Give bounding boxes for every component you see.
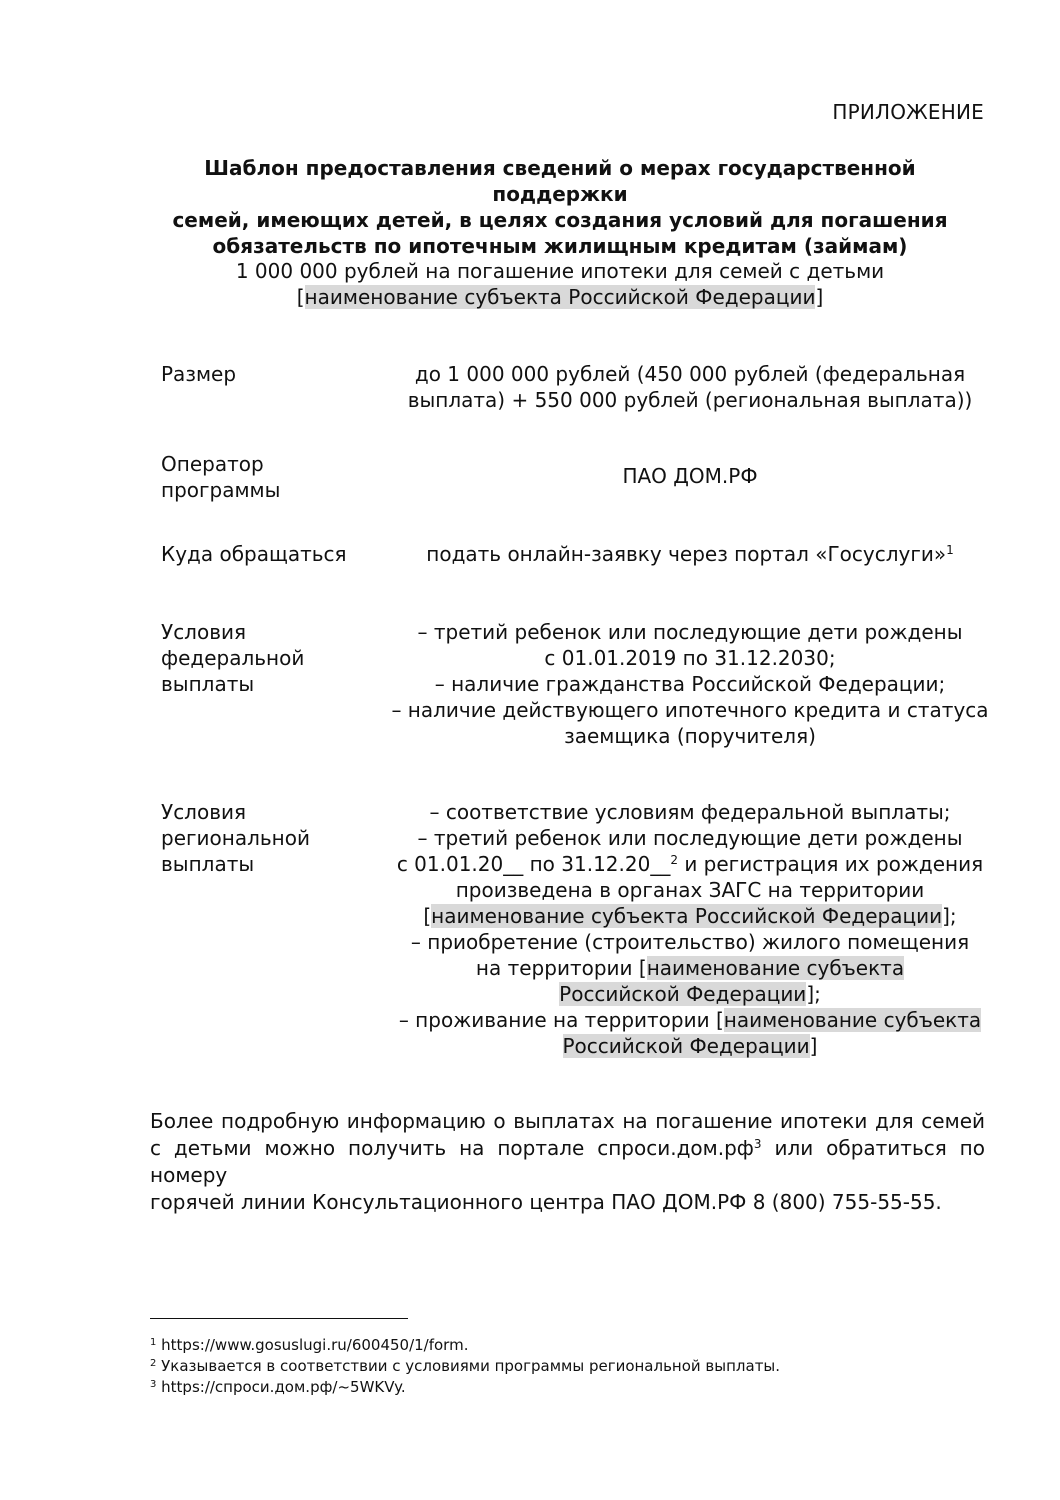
operator-label: Оператор программы	[161, 451, 381, 503]
paragraph-line: горячей линии Консультационного центра П…	[150, 1189, 985, 1216]
federal-label-line: выплаты	[161, 671, 381, 697]
size-label: Размер	[161, 361, 381, 387]
footnote: 1 https://www.gosuslugi.ru/600450/1/form…	[150, 1335, 780, 1356]
regional-dates: с 01.01.20__ по 31.12.20__	[397, 852, 671, 876]
regional-label-line: региональной	[161, 825, 381, 851]
operator-label-line: Оператор	[161, 451, 381, 477]
size-value-line: до 1 000 000 рублей (450 000 рублей (фед…	[390, 361, 990, 387]
footnote-link[interactable]: https://спроси.дом.рф/~5WKVy.	[161, 1378, 405, 1396]
federal-condition: – третий ребенок или последующие дети ро…	[390, 619, 990, 645]
regional-condition: – проживание на территории [наименование…	[390, 1007, 990, 1033]
federal-value: – третий ребенок или последующие дети ро…	[390, 619, 990, 749]
footnote-ref[interactable]: 2	[670, 853, 678, 867]
federal-label: Условия федеральной выплаты	[161, 619, 381, 697]
regional-text: – проживание на территории [	[399, 1008, 724, 1032]
footnote-ref[interactable]: 3	[754, 1137, 762, 1151]
subtitle-line: 1 000 000 рублей на погашение ипотеки дл…	[150, 258, 970, 284]
regional-condition: – третий ребенок или последующие дети ро…	[390, 825, 990, 851]
region-placeholder: наименование субъекта Российской Федерац…	[305, 285, 816, 309]
regional-label: Условия региональной выплаты	[161, 799, 381, 877]
region-placeholder: наименование субъекта	[647, 956, 904, 980]
document-subtitle: 1 000 000 рублей на погашение ипотеки дл…	[150, 258, 970, 310]
footnote-separator	[150, 1318, 408, 1319]
more-info-paragraph: Более подробную информацию о выплатах на…	[150, 1108, 985, 1216]
federal-condition: с 01.01.2019 по 31.12.2030;	[390, 645, 990, 671]
federal-label-line: Условия	[161, 619, 381, 645]
footnote-number: 1	[150, 1337, 156, 1348]
where-label: Куда обращаться	[161, 541, 381, 567]
regional-condition: произведена в органах ЗАГС на территории	[390, 877, 990, 903]
federal-condition: – наличие гражданства Российской Федерац…	[390, 671, 990, 697]
size-value-line: выплата) + 550 000 рублей (региональная …	[390, 387, 990, 413]
appendix-label: ПРИЛОЖЕНИЕ	[832, 100, 984, 124]
regional-condition: – приобретение (строительство) жилого по…	[390, 929, 990, 955]
federal-label-line: федеральной	[161, 645, 381, 671]
regional-condition: на территории [наименование субъекта	[390, 955, 990, 981]
regional-condition: Российской Федерации]	[390, 1033, 990, 1059]
regional-label-line: выплаты	[161, 851, 381, 877]
punctuation: ]	[810, 1034, 818, 1058]
title-line: обязательств по ипотечным жилищным креди…	[150, 233, 970, 259]
footnote-ref[interactable]: 1	[946, 543, 954, 557]
operator-label-line: программы	[161, 477, 381, 503]
regional-condition: [наименование субъекта Российской Федера…	[390, 903, 990, 929]
regional-text: и регистрация их рождения	[678, 852, 983, 876]
paragraph-line: с детьми можно получить на портале спрос…	[150, 1135, 985, 1189]
size-value: до 1 000 000 рублей (450 000 рублей (фед…	[390, 361, 990, 413]
footnote-link[interactable]: https://www.gosuslugi.ru/600450/1/form.	[161, 1336, 468, 1354]
footnote-number: 3	[150, 1379, 156, 1390]
regional-value: – соответствие условиям федеральной выпл…	[390, 799, 990, 1059]
footnote: 3 https://спроси.дом.рф/~5WKVy.	[150, 1377, 780, 1398]
title-line: Шаблон предоставления сведений о мерах г…	[150, 155, 970, 207]
federal-condition: заемщика (поручителя)	[390, 723, 990, 749]
footnote-text: Указывается в соответствии с условиями п…	[161, 1357, 780, 1375]
footnote-number: 2	[150, 1358, 156, 1369]
regional-condition: Российской Федерации];	[390, 981, 990, 1007]
where-value: подать онлайн-заявку через портал «Госус…	[390, 541, 990, 567]
paragraph-text: с детьми можно получить на портале спрос…	[150, 1136, 754, 1160]
region-placeholder: Российской Федерации	[563, 1034, 810, 1058]
region-placeholder: наименование субъекта Российской Федерац…	[431, 904, 942, 928]
region-placeholder: Российской Федерации	[559, 982, 806, 1006]
federal-condition: – наличие действующего ипотечного кредит…	[390, 697, 990, 723]
subtitle-region-line: [наименование субъекта Российской Федера…	[150, 284, 970, 310]
regional-condition: – соответствие условиям федеральной выпл…	[390, 799, 990, 825]
footnote: 2 Указывается в соответствии с условиями…	[150, 1356, 780, 1377]
operator-value: ПАО ДОМ.РФ	[390, 463, 990, 489]
title-line: семей, имеющих детей, в целях создания у…	[150, 207, 970, 233]
punctuation: ];	[942, 904, 957, 928]
footnotes: 1 https://www.gosuslugi.ru/600450/1/form…	[150, 1335, 780, 1398]
document-title: Шаблон предоставления сведений о мерах г…	[150, 155, 970, 259]
region-placeholder: наименование субъекта	[724, 1008, 981, 1032]
punctuation: ];	[806, 982, 821, 1006]
paragraph-line: Более подробную информацию о выплатах на…	[150, 1108, 985, 1135]
where-value-text: подать онлайн-заявку через портал «Госус…	[426, 542, 946, 566]
regional-label-line: Условия	[161, 799, 381, 825]
regional-condition: с 01.01.20__ по 31.12.20__2 и регистраци…	[390, 851, 990, 877]
regional-text: на территории [	[476, 956, 647, 980]
